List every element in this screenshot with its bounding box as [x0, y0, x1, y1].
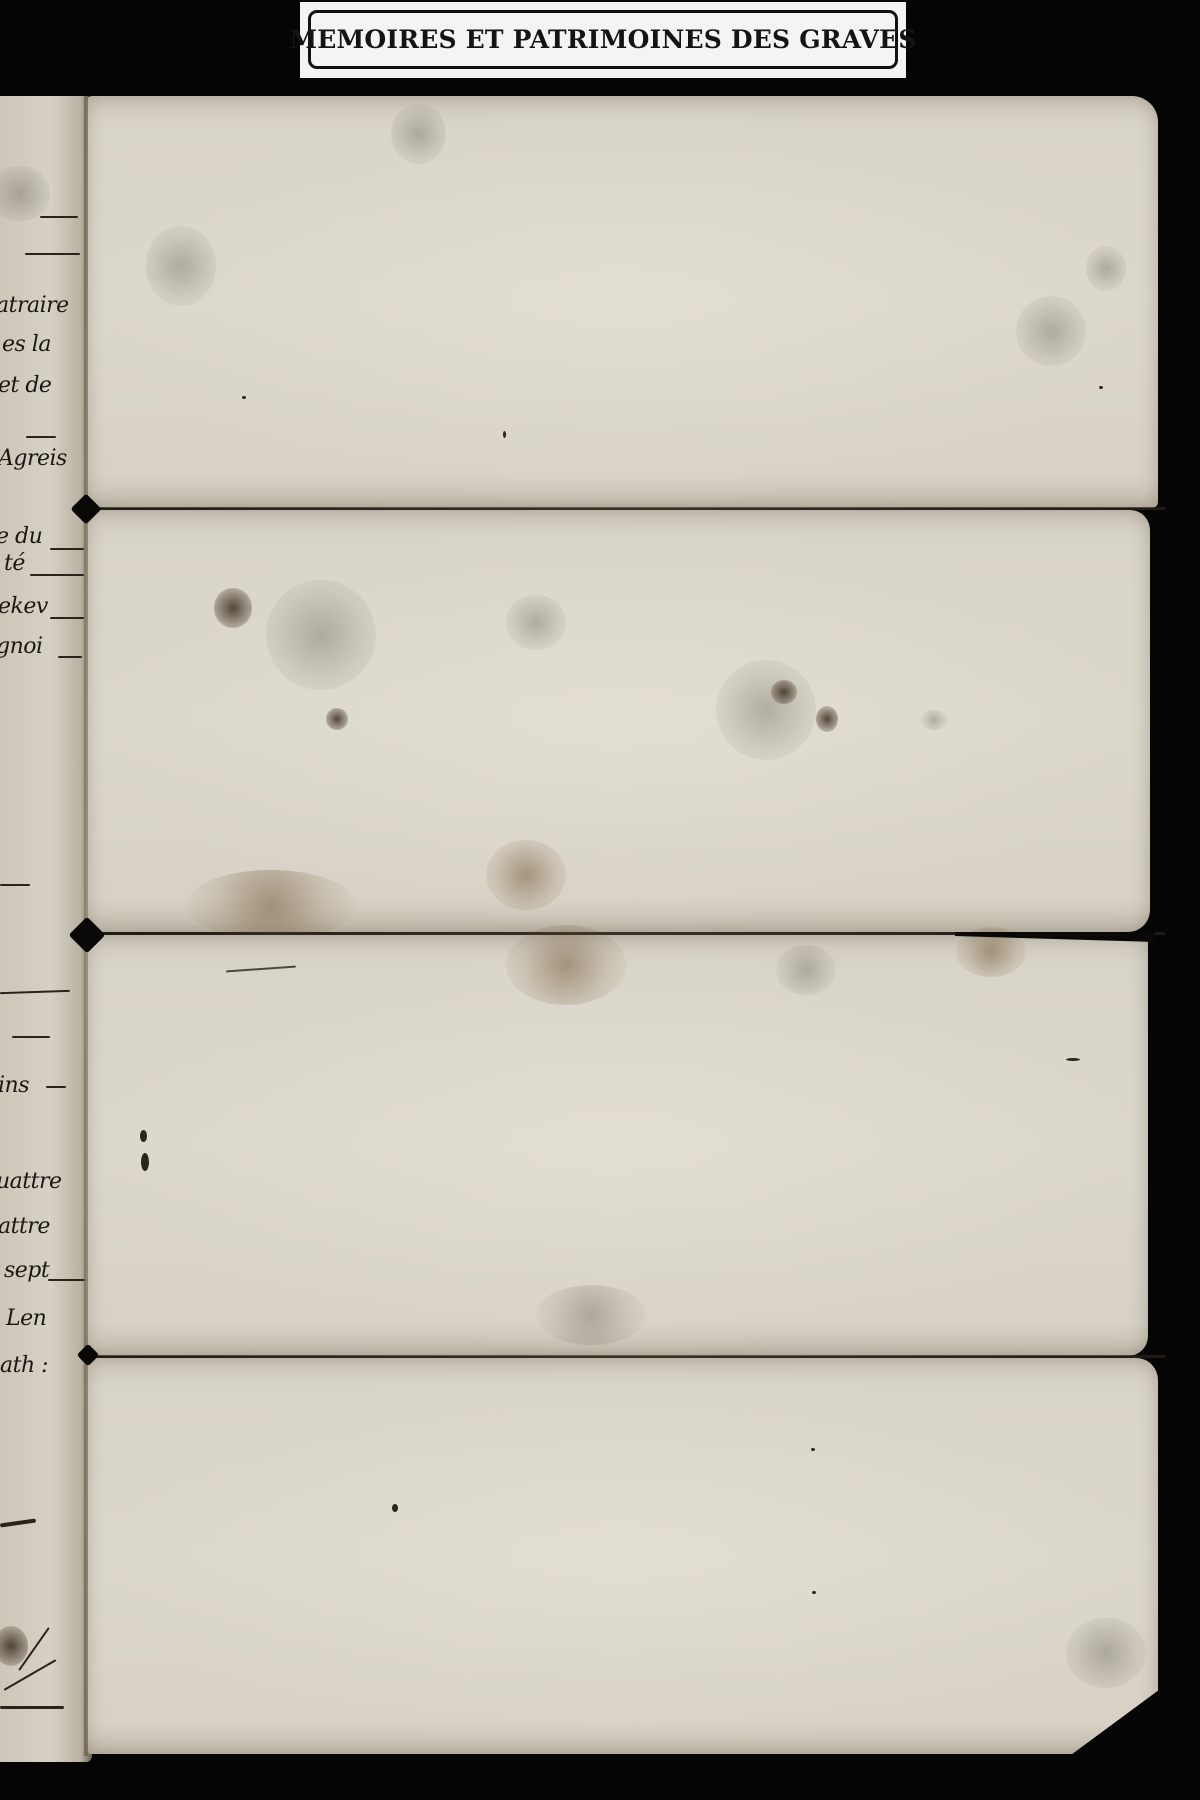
handwriting-fragment: Len [6, 1306, 46, 1331]
stain [1016, 296, 1086, 366]
ink-dash [26, 436, 56, 438]
stain [146, 226, 216, 306]
ink-mark [226, 966, 296, 973]
speck [503, 431, 506, 438]
speck [141, 1153, 149, 1171]
handwriting-fragment: es la [2, 332, 51, 357]
stain [776, 945, 836, 995]
handwriting-fragment: ekev [0, 594, 48, 619]
horizontal-fold-3 [80, 1355, 1165, 1358]
signature-flourish [0, 1706, 64, 1709]
horizontal-fold-1 [80, 507, 1165, 510]
handwriting-fragment: e du [0, 524, 42, 549]
ink-dash [46, 1086, 66, 1088]
handwriting-fragment: sept [4, 1258, 49, 1283]
water-stain [186, 870, 356, 940]
stain [506, 595, 566, 650]
handwriting-fragment: gnoi [0, 634, 43, 659]
ink-dash [58, 656, 82, 658]
banner-title: MEMOIRES ET PATRIMOINES DES GRAVES [289, 25, 916, 54]
handwriting-fragment: Agreis [0, 446, 67, 471]
ink-dash [0, 884, 30, 886]
ink-dash [50, 548, 84, 550]
sheet-panel-3 [86, 935, 1148, 1356]
handwriting-fragment: atraire [0, 293, 69, 318]
ink-dash [50, 617, 84, 619]
stain [1066, 1618, 1146, 1688]
title-banner: MEMOIRES ET PATRIMOINES DES GRAVES [300, 2, 906, 78]
ink-blot [0, 166, 50, 221]
stain [1086, 246, 1126, 291]
handwriting-fragment: té [4, 551, 25, 576]
speck [1099, 386, 1103, 389]
sheet-panel-4 [86, 1358, 1158, 1754]
ink-dash [12, 1036, 50, 1038]
speck [140, 1130, 147, 1142]
handwriting-fragment: et de [0, 373, 51, 398]
speck [242, 396, 246, 399]
water-stain [486, 840, 566, 910]
stain [326, 708, 348, 730]
ink-stroke [0, 1519, 36, 1528]
ink-dash [0, 990, 70, 994]
speck [812, 1591, 816, 1594]
handwriting-fragment: ins [0, 1073, 29, 1098]
speck [811, 1448, 815, 1451]
speck [392, 1504, 398, 1512]
stain [816, 706, 838, 732]
sheet-panel-2 [86, 510, 1150, 932]
ink-dash [48, 1279, 86, 1281]
ink-dash [25, 253, 80, 255]
ink-dash [40, 216, 78, 218]
handwriting-fragment: ath : [0, 1353, 48, 1378]
stain [771, 680, 797, 704]
stain [214, 588, 252, 628]
speck [1066, 1058, 1080, 1061]
ink-dash [30, 574, 84, 576]
handwriting-fragment: uattre [0, 1169, 62, 1194]
stain [921, 710, 947, 730]
stain [536, 1285, 646, 1345]
water-stain [506, 925, 626, 1005]
stain [716, 660, 816, 760]
handwriting-fragment: attre [0, 1214, 50, 1239]
stain [266, 580, 376, 690]
sheet-panel-1 [86, 96, 1158, 508]
stain [391, 104, 446, 164]
banner-frame: MEMOIRES ET PATRIMOINES DES GRAVES [308, 10, 898, 69]
